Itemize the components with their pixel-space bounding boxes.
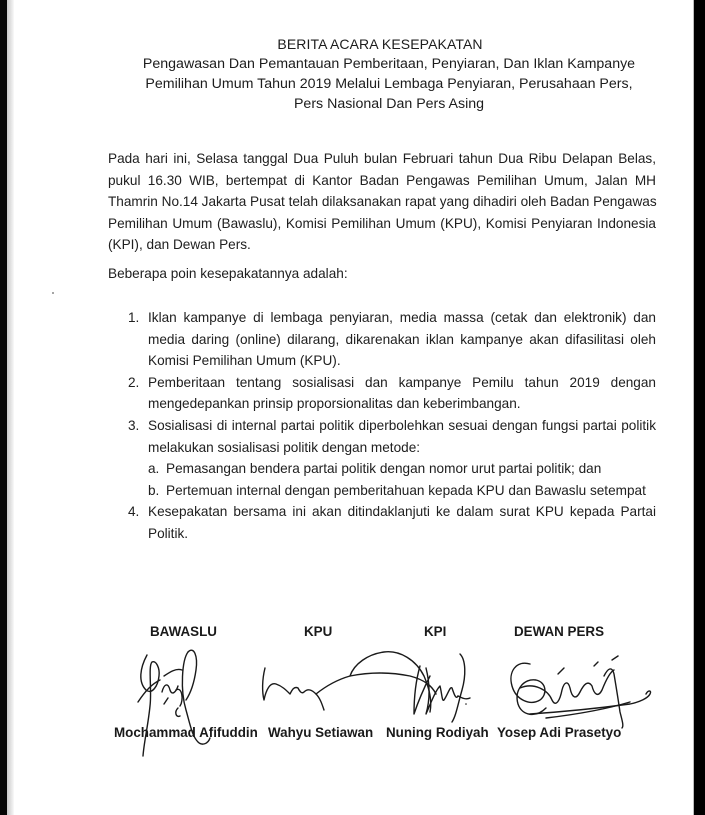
- sub-point-text: Pertemuan internal dengan pemberitahuan …: [166, 480, 656, 502]
- document-subtitle-line-1: Pengawasan Dan Pemantauan Pemberitaan, P…: [110, 54, 650, 74]
- agreement-points: 1. Iklan kampanye di lembaga penyiaran, …: [128, 307, 656, 545]
- agreement-point-4: 4. Kesepakatan bersama ini akan ditindak…: [128, 501, 656, 544]
- signatory-institution-kpi: KPI: [424, 624, 446, 639]
- sub-point-letter: b.: [148, 480, 159, 502]
- signatory-institution-bawaslu: BAWASLU: [150, 624, 217, 639]
- agreement-point-2: 2. Pemberitaan tentang sosialisasi dan k…: [128, 372, 656, 415]
- signatory-name-bawaslu: Mochammad Afifuddin: [114, 725, 258, 740]
- signature-kpi: [414, 654, 470, 722]
- scan-edge-left: [0, 0, 7, 815]
- document-header: BERITA ACARA KESEPAKATAN Pengawasan Dan …: [110, 34, 650, 114]
- opening-line: (KPI), dan Dewan Pers.: [108, 234, 656, 256]
- scan-edge-right: [694, 0, 705, 815]
- opening-line: pukul 16.30 WIB, bertempat di Kantor Bad…: [108, 170, 656, 192]
- signature-dewan-pers: [511, 656, 651, 728]
- point-line: Kesepakatan bersama ini akan ditindaklan…: [148, 501, 656, 523]
- document-title: BERITA ACARA KESEPAKATAN: [110, 34, 650, 54]
- point-line: Politik.: [148, 523, 656, 545]
- point-number: 1.: [128, 307, 139, 329]
- point-line: Sosialisasi di internal partai politik d…: [148, 415, 656, 437]
- signatory-institution-kpu: KPU: [304, 624, 332, 639]
- sub-point-text: Pemasangan bendera partai politik dengan…: [166, 458, 656, 480]
- agreement-point-1: 1. Iklan kampanye di lembaga penyiaran, …: [128, 307, 656, 372]
- point-line: media daring (online) dilarang, dikarena…: [148, 329, 656, 351]
- signature-bawaslu: [138, 650, 210, 756]
- point-line: Pemberitaan tentang sosialisasi dan kamp…: [148, 372, 656, 394]
- signatory-name-kpu: Wahyu Setiawan: [268, 725, 373, 740]
- sub-point-b: b. Pertemuan internal dengan pemberitahu…: [148, 480, 656, 502]
- signatory-institution-dewan-pers: DEWAN PERS: [514, 624, 604, 639]
- points-intro: Beberapa poin kesepakatannya adalah:: [108, 263, 348, 285]
- opening-paragraph: Pada hari ini, Selasa tanggal Dua Puluh …: [108, 148, 656, 256]
- point-line: mengedepankan prinsip proporsionalitas d…: [148, 393, 656, 415]
- point-line: melakukan sosialisasi politik dengan met…: [148, 437, 656, 459]
- document-subtitle-line-3: Pers Nasional Dan Pers Asing: [110, 94, 650, 114]
- signature-kpu: [263, 652, 436, 712]
- signatory-name-kpi: Nuning Rodiyah: [386, 725, 489, 740]
- point-number: 3.: [128, 415, 139, 437]
- point-line: Komisi Pemilihan Umum (KPU).: [148, 350, 656, 372]
- opening-line: Pada hari ini, Selasa tanggal Dua Puluh …: [108, 148, 656, 170]
- signatory-name-dewan-pers: Yosep Adi Prasetyo: [497, 725, 621, 740]
- agreement-point-3: 3. Sosialisasi di internal partai politi…: [128, 415, 656, 501]
- point-number: 4.: [128, 501, 139, 523]
- point-number: 2.: [128, 372, 139, 394]
- scan-shadow-left: [7, 0, 14, 815]
- sub-point-letter: a.: [148, 458, 159, 480]
- opening-line: Pemilihan Umum (Bawaslu), Komisi Pemilih…: [108, 213, 656, 235]
- opening-line: Thamrin No.14 Jakarta Pusat telah dilaks…: [108, 191, 656, 213]
- scan-speck: [52, 292, 54, 294]
- document-subtitle-line-2: Pemilihan Umum Tahun 2019 Melalui Lembag…: [110, 74, 650, 94]
- point-line: Iklan kampanye di lembaga penyiaran, med…: [148, 307, 656, 329]
- sub-point-a: a. Pemasangan bendera partai politik den…: [148, 458, 656, 480]
